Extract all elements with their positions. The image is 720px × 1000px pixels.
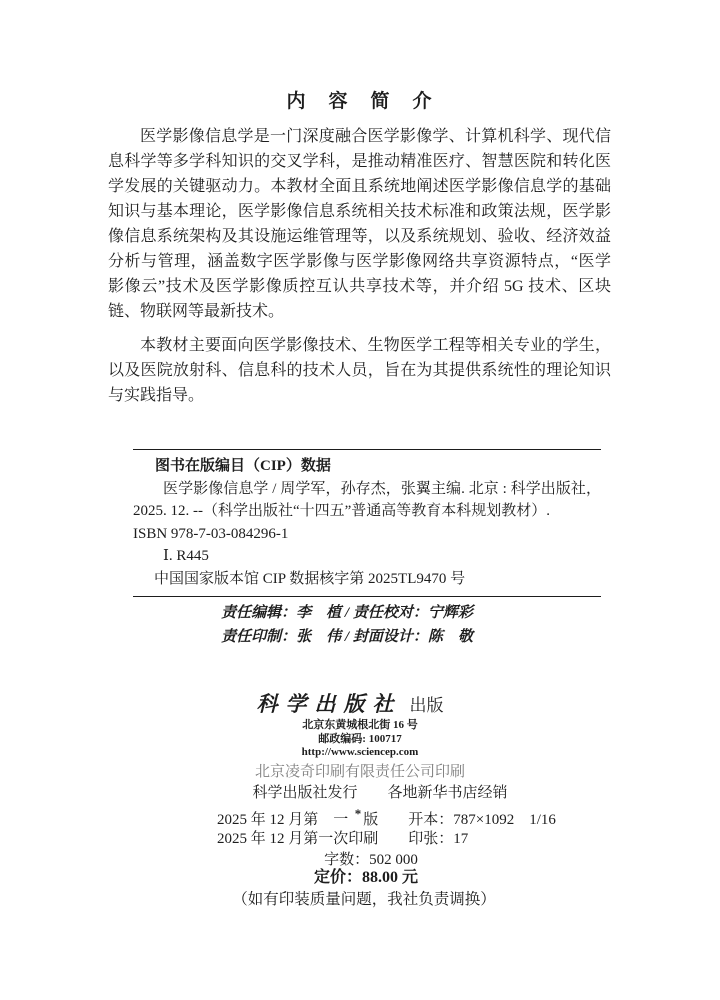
- publish-label: 出版: [410, 696, 444, 715]
- cip-classification: Ⅰ. R445: [163, 545, 601, 568]
- cip-isbn: ISBN 978-7-03-084296-1: [133, 523, 601, 546]
- word-count-line: 字数：502 000: [0, 851, 720, 869]
- intro-section: 医学影像信息学是一门深度融合医学影像学、计算机科学、现代信息科学等多学科知识的交…: [108, 124, 611, 408]
- edition-line: 2025 年 12 月第 一 版 开本：787×1092 1/16: [217, 811, 556, 829]
- quality-note: （如有印装质量问题，我社负责调换）: [0, 891, 720, 909]
- distribution-line: 科学出版社发行 各地新华书店经销: [20, 784, 720, 803]
- publisher-address: 北京东黄城根北街 16 号: [0, 719, 720, 733]
- publisher-postcode: 邮政编码: 100717: [0, 733, 720, 747]
- printing-line: 2025 年 12 月第一次印刷 印张：17: [217, 830, 468, 848]
- cip-entry: 医学影像信息学 / 周学军，孙存杰，张翼主编. 北京 : 科学出版社，2025.…: [133, 478, 601, 523]
- publisher-website: http://www.sciencep.com: [0, 746, 720, 760]
- publisher-block: 科学出版社出版 北京东黄城根北街 16 号 邮政编码: 100717 http:…: [0, 692, 720, 822]
- cip-data-box: 图书在版编目（CIP）数据 医学影像信息学 / 周学军，孙存杰，张翼主编. 北京…: [133, 449, 601, 597]
- publisher-logo: 科学出版社: [257, 692, 402, 716]
- intro-paragraph-2: 本教材主要面向医学影像技术、生物医学工程等相关专业的学生，以及医院放射科、信息科…: [108, 333, 611, 408]
- cip-heading: 图书在版编目（CIP）数据: [155, 455, 601, 478]
- publisher-logo-line: 科学出版社出版: [0, 692, 710, 719]
- printer-name: 北京凌奇印刷有限责任公司印刷: [0, 763, 720, 781]
- intro-paragraph-1: 医学影像信息学是一门深度融合医学影像学、计算机科学、现代信息科学等多学科知识的交…: [108, 124, 611, 324]
- staff-line-printing-design: 责任印制：张 伟 / 封面设计：陈 敬: [0, 626, 694, 650]
- intro-title: 内 容 简 介: [0, 86, 720, 113]
- staff-line-editors: 责任编辑：李 植 / 责任校对：宁辉彩: [0, 602, 694, 626]
- cip-record-number: 中国国家版本馆 CIP 数据核字第 2025TL9470 号: [154, 568, 601, 591]
- staff-credits: 责任编辑：李 植 / 责任校对：宁辉彩 责任印制：张 伟 / 封面设计：陈 敬: [0, 602, 694, 649]
- price-line: 定价：88.00 元: [0, 869, 720, 887]
- copyright-page: 内 容 简 介 医学影像信息学是一门深度融合医学影像学、计算机科学、现代信息科学…: [0, 0, 720, 1000]
